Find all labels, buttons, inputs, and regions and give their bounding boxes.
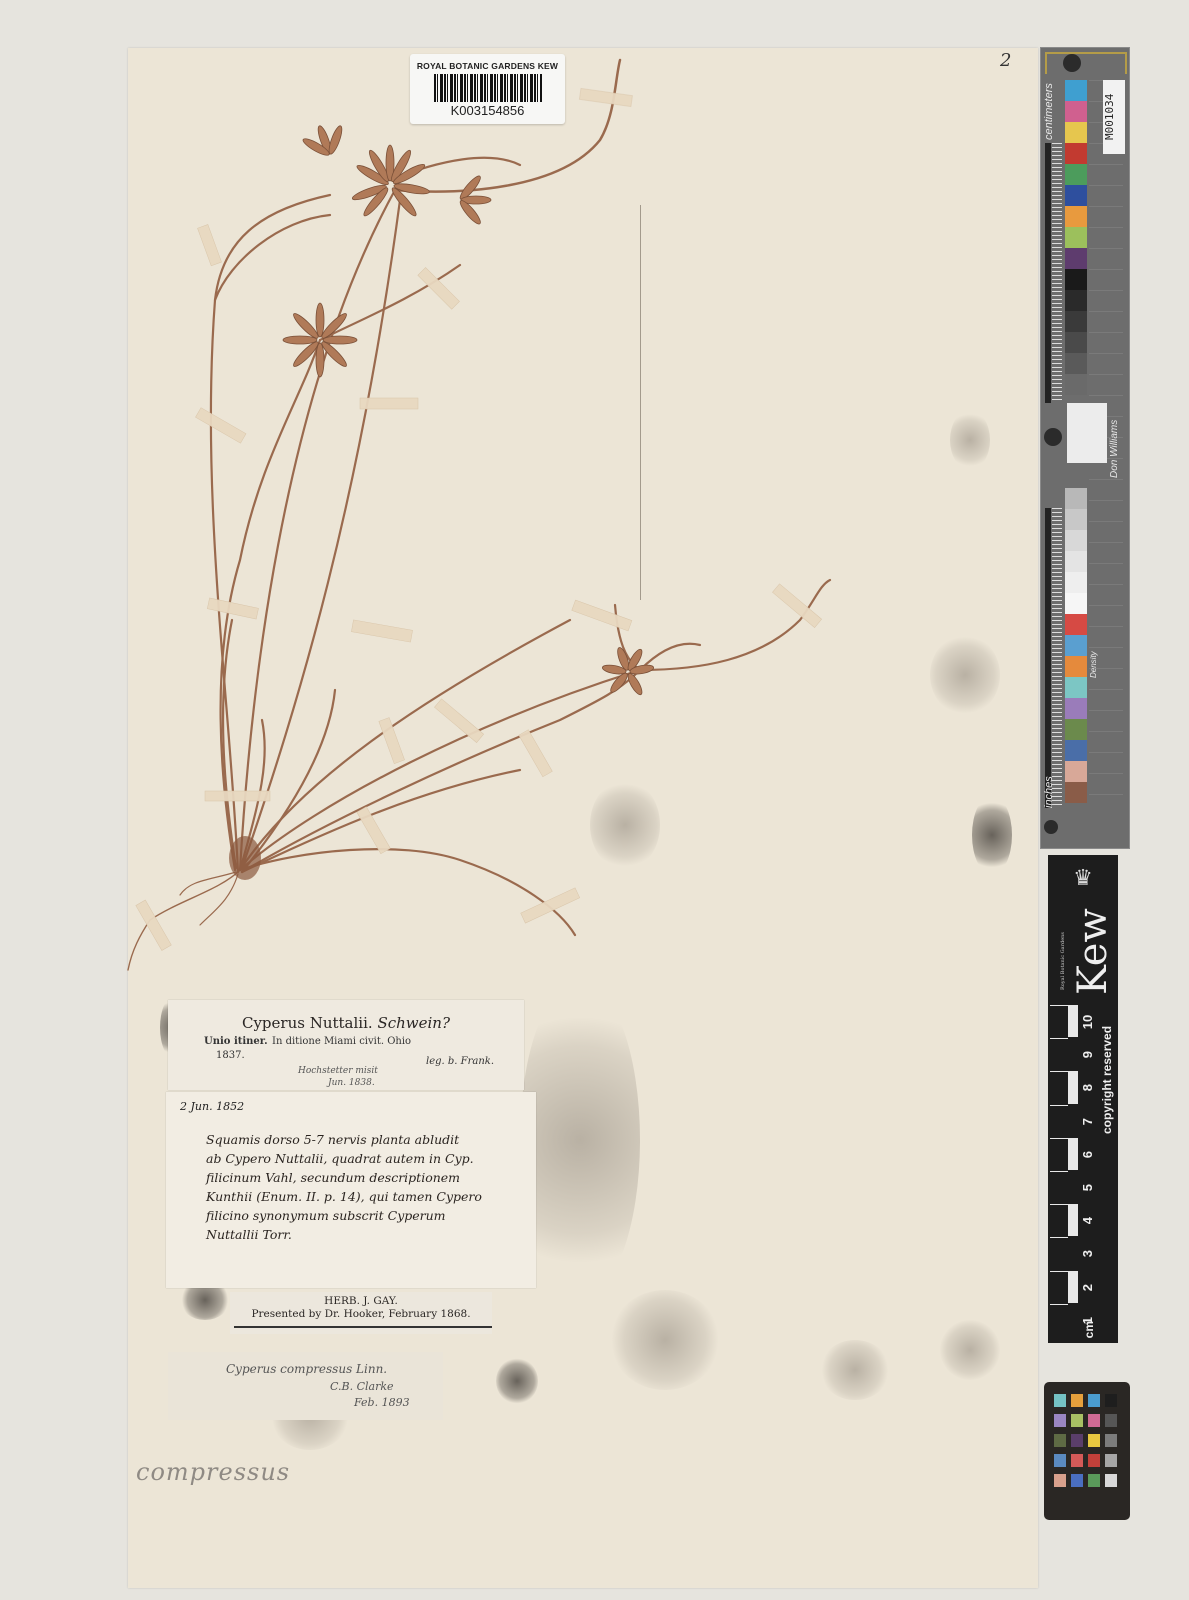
royal-crest-icon: ♛ xyxy=(1066,863,1100,895)
scale-number: 8 xyxy=(1080,1071,1095,1104)
checker-swatch xyxy=(1054,1394,1066,1407)
herbarium-label: HERB. J. GAY. Presented by Dr. Hooker, F… xyxy=(230,1292,492,1334)
color-calibration-bar: M001034 centimeters Don Williams Density… xyxy=(1040,47,1130,849)
grey-patch xyxy=(1065,530,1087,551)
redetermination-label: Cyperus compressus Linn. C.B. Clarke Feb… xyxy=(168,1352,443,1420)
scale-block xyxy=(1050,1237,1080,1270)
scale-numbers: 10987654321 xyxy=(1080,1005,1100,1337)
inch-ruler xyxy=(1052,508,1062,808)
handwritten-note: Hochstetter misit xyxy=(298,1066,378,1076)
checker-swatch xyxy=(1088,1394,1100,1407)
grey-patch xyxy=(1065,551,1087,572)
checker-swatch xyxy=(1054,1414,1066,1427)
scale-block xyxy=(1050,1071,1080,1104)
copyright-text: copyright reserved xyxy=(1100,995,1114,1165)
checker-swatch xyxy=(1054,1474,1066,1487)
color-patches xyxy=(1065,80,1087,395)
grey-patch xyxy=(1065,488,1087,509)
density-label: Density xyxy=(1089,628,1098,678)
barcode-label: ROYAL BOTANIC GARDENS KEW K003154856 xyxy=(410,54,565,124)
checker-swatch xyxy=(1105,1474,1117,1487)
kew-scale-bar: ♛ Royal Botanic Gardens Kew copyright re… xyxy=(1048,855,1118,1343)
pencil-annotation: compressus xyxy=(136,1458,290,1486)
sheet-number: 2 xyxy=(1000,50,1011,71)
barcode-number: K003154856 xyxy=(410,103,565,118)
color-checker xyxy=(1044,1382,1130,1520)
scale-number: 6 xyxy=(1080,1138,1095,1171)
inch-label: inches xyxy=(1043,768,1055,808)
unit-label: cm xyxy=(1082,1321,1096,1338)
checker-swatch xyxy=(1088,1474,1100,1487)
barcode xyxy=(434,74,542,102)
ruler-dark xyxy=(1045,143,1051,403)
note-date: 2 Jun. 1852 xyxy=(180,1100,244,1113)
checker-swatch xyxy=(1071,1394,1083,1407)
scale-block xyxy=(1050,1005,1080,1038)
punch-hole xyxy=(1063,54,1081,72)
collector: leg. b. Frank. xyxy=(426,1056,494,1067)
color-patch xyxy=(1065,332,1087,353)
grey-patch xyxy=(1065,761,1087,782)
checker-swatch xyxy=(1105,1394,1117,1407)
redet-taxon: Cyperus compressus Linn. xyxy=(226,1362,387,1376)
scale-block xyxy=(1050,1038,1080,1071)
kew-logo: Kew xyxy=(1070,897,1116,1007)
brand-label: Don Williams xyxy=(1109,408,1120,478)
grey-patch xyxy=(1065,719,1087,740)
handwritten-note-label: 2 Jun. 1852 Squamis dorso 5-7 nervis pla… xyxy=(166,1092,536,1288)
scale-number: 5 xyxy=(1080,1171,1095,1204)
donation-note: Presented by Dr. Hooker, February 1868. xyxy=(230,1308,492,1320)
grey-patch xyxy=(1065,509,1087,530)
grey-patch xyxy=(1065,593,1087,614)
cm-label: centimeters xyxy=(1043,88,1055,140)
reference-card xyxy=(1067,403,1107,463)
color-patch xyxy=(1065,101,1087,122)
scale-block xyxy=(1050,1138,1080,1171)
color-patch xyxy=(1065,206,1087,227)
scale-block xyxy=(1050,1105,1080,1138)
color-patch xyxy=(1065,311,1087,332)
grey-patches xyxy=(1065,488,1087,803)
redet-determiner: C.B. Clarke xyxy=(330,1380,394,1393)
punch-hole xyxy=(1044,428,1062,446)
color-patch xyxy=(1065,353,1087,374)
checker-swatch xyxy=(1105,1454,1117,1467)
grey-patch xyxy=(1065,677,1087,698)
punch-hole xyxy=(1044,820,1058,834)
checker-swatch xyxy=(1105,1414,1117,1427)
scale-number: 3 xyxy=(1080,1237,1095,1270)
scale-number: 7 xyxy=(1080,1105,1095,1138)
checker-swatch xyxy=(1071,1434,1083,1447)
grey-patch xyxy=(1065,656,1087,677)
redet-date: Feb. 1893 xyxy=(354,1396,410,1409)
institution-name: ROYAL BOTANIC GARDENS KEW xyxy=(410,61,565,71)
checker-swatches xyxy=(1054,1394,1117,1487)
color-patch xyxy=(1065,164,1087,185)
scale-blocks xyxy=(1050,1005,1080,1337)
scale-block xyxy=(1050,1271,1080,1304)
color-patch xyxy=(1065,248,1087,269)
color-patch xyxy=(1065,185,1087,206)
scale-number: 9 xyxy=(1080,1038,1095,1071)
grey-patch xyxy=(1065,782,1087,803)
grey-patch xyxy=(1065,614,1087,635)
bar-frame xyxy=(1045,52,1127,74)
scale-number: 4 xyxy=(1080,1204,1095,1237)
color-patch xyxy=(1065,374,1087,395)
scale-block xyxy=(1050,1304,1080,1337)
color-patch xyxy=(1065,80,1087,101)
checker-swatch xyxy=(1071,1414,1083,1427)
grey-patch xyxy=(1065,635,1087,656)
color-patch xyxy=(1065,122,1087,143)
checker-swatch xyxy=(1071,1474,1083,1487)
kew-subtitle: Royal Botanic Gardens xyxy=(1060,910,1066,990)
grey-patch xyxy=(1065,572,1087,593)
checker-swatch xyxy=(1088,1414,1100,1427)
determination-label: Cyperus Nuttalii. Schwein? Unio itiner. … xyxy=(168,1000,524,1090)
scale-block xyxy=(1050,1204,1080,1237)
note-body: Squamis dorso 5-7 nervis planta abludit … xyxy=(206,1130,526,1244)
bar-id: M001034 xyxy=(1103,80,1125,154)
checker-swatch xyxy=(1088,1454,1100,1467)
divider xyxy=(234,1326,492,1328)
herbarium-name: HERB. J. GAY. xyxy=(230,1295,492,1307)
checker-swatch xyxy=(1054,1434,1066,1447)
handwritten-date: Jun. 1838. xyxy=(328,1078,375,1088)
scale-number: 2 xyxy=(1080,1271,1095,1304)
checker-swatch xyxy=(1071,1454,1083,1467)
grey-patch xyxy=(1065,698,1087,719)
year: 1837. xyxy=(216,1050,245,1061)
checker-swatch xyxy=(1054,1454,1066,1467)
ruler-dark xyxy=(1045,508,1051,808)
scale-number: 10 xyxy=(1080,1005,1095,1038)
series: Unio itiner. xyxy=(204,1036,268,1047)
color-patch xyxy=(1065,143,1087,164)
color-patch xyxy=(1065,269,1087,290)
root-crown xyxy=(229,836,261,880)
cm-ruler xyxy=(1052,143,1062,403)
taxon-name: Cyperus Nuttalii. Schwein? xyxy=(168,1014,524,1032)
checker-swatch xyxy=(1105,1434,1117,1447)
color-patch xyxy=(1065,227,1087,248)
grey-patch xyxy=(1065,740,1087,761)
scale-block xyxy=(1050,1171,1080,1204)
color-patch xyxy=(1065,290,1087,311)
checker-swatch xyxy=(1088,1434,1100,1447)
locality: In ditione Miami civit. Ohio xyxy=(272,1036,411,1047)
